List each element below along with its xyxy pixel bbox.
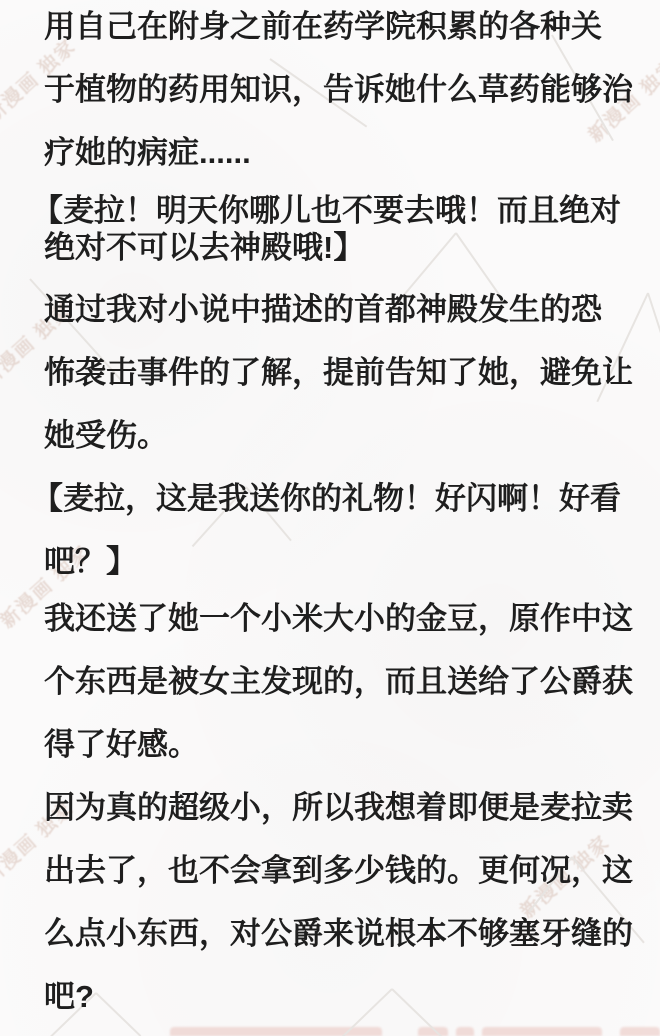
text-content: 用自己在附身之前在药学院积累的各种关于植物的药用知识，告诉她什么草药能够治疗她的… — [44, 0, 642, 1025]
paragraph-narration-4: 因为真的超级小，所以我想着即便是麦拉卖出去了，也不会拿到多少钱的。更何况，这么点… — [44, 773, 642, 1025]
text-line: 于植物的药用知识，告诉她什么草药能够治 — [44, 55, 642, 118]
watermark-band — [418, 1027, 448, 1036]
text-line: 因为真的超级小，所以我想着即便是麦拉卖 — [44, 773, 642, 836]
text-line: 通过我对小说中描述的首都神殿发生的恐 — [44, 275, 642, 338]
text-line: 【麦拉，这是我送你的礼物！好闪啊！好看 — [32, 464, 642, 527]
text-line: 吧？】 — [44, 527, 642, 590]
text-line: 我还送了她一个小米大小的金豆，原作中这 — [44, 584, 642, 647]
text-line: 怖袭击事件的了解，提前告知了她，避免让 — [44, 338, 642, 401]
paragraph-narration-1: 用自己在附身之前在药学院积累的各种关于植物的药用知识，告诉她什么草药能够治疗她的… — [44, 0, 642, 181]
text-line: 吧? — [44, 962, 642, 1025]
text-line: 出去了，也不会拿到多少钱的。更何况，这 — [44, 836, 642, 899]
watermark-band — [456, 1027, 474, 1036]
watermark-band — [620, 1027, 660, 1036]
text-line: 【麦拉！明天你哪儿也不要去哦！而且绝对 — [32, 189, 642, 226]
text-line: 得了好感。 — [44, 710, 642, 773]
paragraph-narration-3: 我还送了她一个小米大小的金豆，原作中这个东西是被女主发现的，而且送给了公爵获得了… — [44, 584, 642, 773]
paragraph-dialogue-1: 【麦拉！明天你哪儿也不要去哦！而且绝对绝对不可以去神殿哦!】 — [44, 189, 642, 263]
crease-line — [647, 293, 660, 374]
watermark-band — [170, 1027, 382, 1036]
text-line: 她受伤。 — [44, 401, 642, 464]
watermark-band — [482, 1027, 602, 1036]
text-line: 疗她的病症...... — [44, 118, 642, 181]
paragraph-dialogue-2: 【麦拉，这是我送你的礼物！好闪啊！好看吧？】 — [44, 464, 642, 590]
text-line: 个东西是被女主发现的，而且送给了公爵获 — [44, 647, 642, 710]
text-line: 么点小东西，对公爵来说根本不够塞牙缝的 — [44, 899, 642, 962]
text-line: 绝对不可以去神殿哦!】 — [44, 226, 642, 263]
novel-text-page: 新漫画 独家 新漫画 独家 新漫画 独家 新漫画 独家 新漫画 独家 新漫画 独… — [0, 0, 660, 1036]
text-line: 用自己在附身之前在药学院积累的各种关 — [44, 0, 642, 55]
paragraph-narration-2: 通过我对小说中描述的首都神殿发生的恐怖袭击事件的了解，提前告知了她，避免让她受伤… — [44, 275, 642, 464]
